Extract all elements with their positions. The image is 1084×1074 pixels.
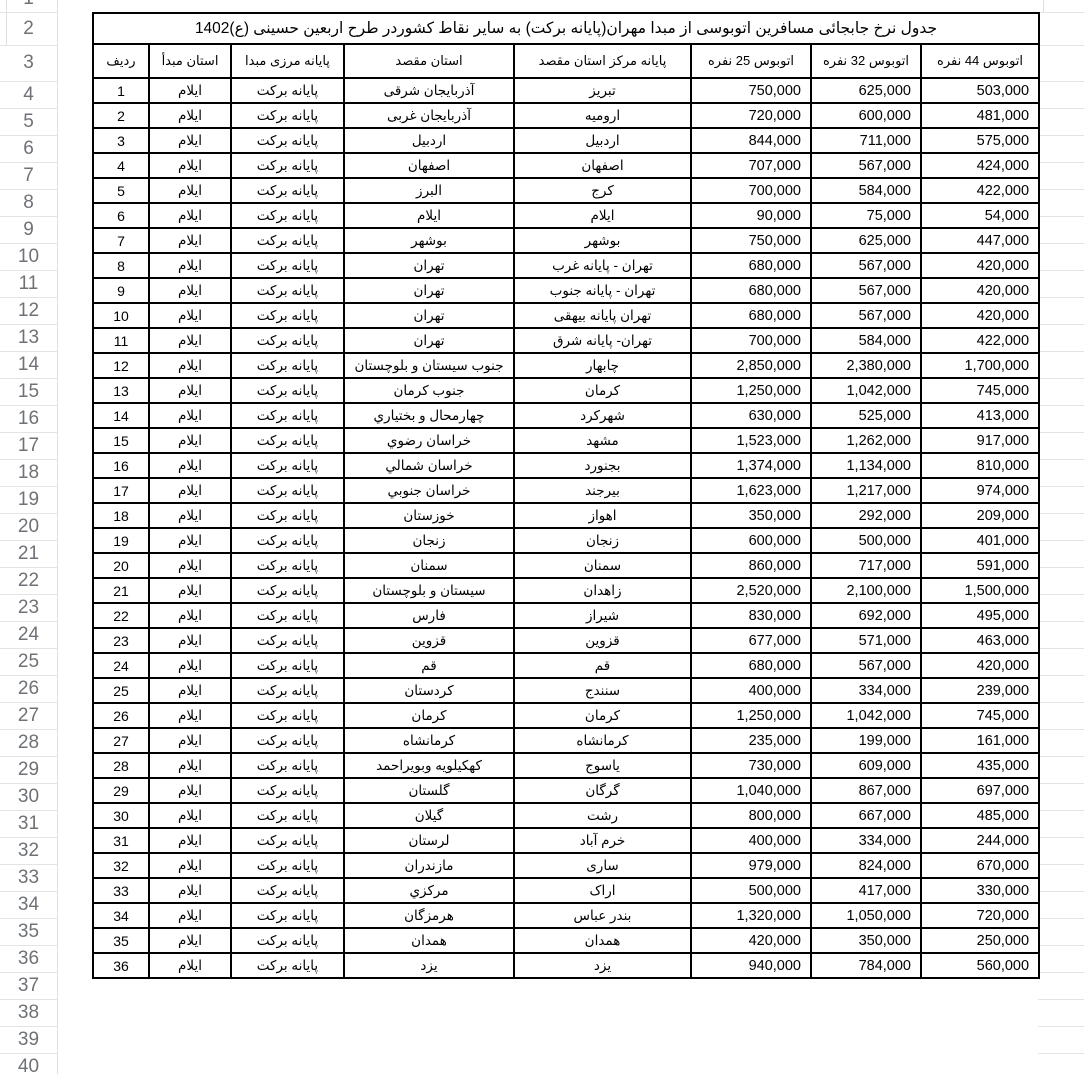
cell-dest-province[interactable]: تهران [344, 253, 514, 278]
col-header-fare-bus32[interactable]: اتوبوس 32 نفره [811, 44, 921, 78]
cell-dest-terminal[interactable]: چابهار [514, 353, 691, 378]
cell-fare-bus32[interactable]: 567,000 [811, 653, 921, 678]
cell-row-no[interactable]: 13 [93, 378, 149, 403]
cell-dest-terminal[interactable]: ساری [514, 853, 691, 878]
cell-origin-terminal[interactable]: پایانه برکت [231, 503, 344, 528]
cell-dest-terminal[interactable]: همدان [514, 928, 691, 953]
cell-fare-bus44[interactable]: 424,000 [921, 153, 1039, 178]
cell-dest-terminal[interactable]: ایلام [514, 203, 691, 228]
cell-dest-province[interactable]: تهران [344, 278, 514, 303]
cell-dest-province[interactable]: جنوب سیستان و بلوچستان [344, 353, 514, 378]
cell-dest-province[interactable]: قزوین [344, 628, 514, 653]
cell-origin-province[interactable]: ایلام [149, 778, 231, 803]
cell-row-no[interactable]: 22 [93, 603, 149, 628]
cell-fare-bus32[interactable]: 824,000 [811, 853, 921, 878]
table-title[interactable]: جدول نرخ جابجائی مسافرین اتوبوسی از مبدا… [93, 13, 1039, 44]
cell-dest-province[interactable]: بوشهر [344, 228, 514, 253]
cell-row-no[interactable]: 8 [93, 253, 149, 278]
cell-row-no[interactable]: 3 [93, 128, 149, 153]
row-number[interactable]: 32 [0, 837, 57, 864]
cell-dest-terminal[interactable]: شیراز [514, 603, 691, 628]
row-number[interactable]: 1 [0, 0, 57, 12]
cell-fare-bus25[interactable]: 1,040,000 [691, 778, 811, 803]
row-number[interactable]: 26 [0, 675, 57, 702]
cell-fare-bus32[interactable]: 334,000 [811, 678, 921, 703]
cell-dest-terminal[interactable]: اردبیل [514, 128, 691, 153]
cell-row-no[interactable]: 17 [93, 478, 149, 503]
cell-fare-bus44[interactable]: 745,000 [921, 703, 1039, 728]
row-number[interactable]: 40 [0, 1053, 57, 1074]
cell-origin-province[interactable]: ایلام [149, 653, 231, 678]
cell-origin-province[interactable]: ایلام [149, 828, 231, 853]
row-number[interactable]: 33 [0, 864, 57, 891]
cell-origin-province[interactable]: ایلام [149, 128, 231, 153]
cell-origin-province[interactable]: ایلام [149, 328, 231, 353]
cell-fare-bus32[interactable]: 567,000 [811, 303, 921, 328]
cell-fare-bus44[interactable]: 422,000 [921, 178, 1039, 203]
cell-origin-province[interactable]: ایلام [149, 528, 231, 553]
cell-dest-terminal[interactable]: رشت [514, 803, 691, 828]
cell-origin-province[interactable]: ایلام [149, 153, 231, 178]
col-header-fare-bus44[interactable]: اتوبوس 44 نفره [921, 44, 1039, 78]
col-header-dest-terminal[interactable]: پایانه مرکز استان مقصد [514, 44, 691, 78]
cell-origin-terminal[interactable]: پایانه برکت [231, 378, 344, 403]
cell-fare-bus25[interactable]: 350,000 [691, 503, 811, 528]
cell-dest-terminal[interactable]: زنجان [514, 528, 691, 553]
cell-fare-bus44[interactable]: 422,000 [921, 328, 1039, 353]
row-number[interactable]: 8 [0, 189, 57, 216]
row-number[interactable]: 21 [0, 540, 57, 567]
col-header-fare-bus25[interactable]: اتوبوس 25 نفره [691, 44, 811, 78]
cell-dest-terminal[interactable]: مشهد [514, 428, 691, 453]
cell-origin-terminal[interactable]: پایانه برکت [231, 753, 344, 778]
cell-row-no[interactable]: 21 [93, 578, 149, 603]
cell-dest-terminal[interactable]: اصفهان [514, 153, 691, 178]
cell-fare-bus25[interactable]: 1,623,000 [691, 478, 811, 503]
row-number[interactable]: 3 [0, 45, 57, 81]
row-number[interactable]: 22 [0, 567, 57, 594]
cell-origin-province[interactable]: ایلام [149, 678, 231, 703]
cell-fare-bus44[interactable]: 810,000 [921, 453, 1039, 478]
cell-origin-terminal[interactable]: پایانه برکت [231, 703, 344, 728]
row-number[interactable]: 35 [0, 918, 57, 945]
col-header-dest-province[interactable]: استان مقصد [344, 44, 514, 78]
row-number[interactable]: 7 [0, 162, 57, 189]
cell-origin-terminal[interactable]: پایانه برکت [231, 853, 344, 878]
cell-origin-province[interactable]: ایلام [149, 803, 231, 828]
cell-row-no[interactable]: 5 [93, 178, 149, 203]
cell-fare-bus44[interactable]: 209,000 [921, 503, 1039, 528]
row-number[interactable]: 34 [0, 891, 57, 918]
cell-fare-bus25[interactable]: 400,000 [691, 828, 811, 853]
cell-origin-province[interactable]: ایلام [149, 378, 231, 403]
cell-row-no[interactable]: 14 [93, 403, 149, 428]
row-number[interactable]: 14 [0, 351, 57, 378]
cell-fare-bus32[interactable]: 567,000 [811, 278, 921, 303]
cell-fare-bus32[interactable]: 625,000 [811, 228, 921, 253]
cell-origin-province[interactable]: ایلام [149, 228, 231, 253]
row-number[interactable]: 13 [0, 324, 57, 351]
row-number[interactable]: 20 [0, 513, 57, 540]
cell-row-no[interactable]: 1 [93, 78, 149, 103]
cell-row-no[interactable]: 6 [93, 203, 149, 228]
cell-fare-bus25[interactable]: 1,250,000 [691, 703, 811, 728]
cell-row-no[interactable]: 12 [93, 353, 149, 378]
cell-origin-province[interactable]: ایلام [149, 203, 231, 228]
cell-row-no[interactable]: 15 [93, 428, 149, 453]
cell-origin-province[interactable]: ایلام [149, 103, 231, 128]
row-number[interactable]: 11 [0, 270, 57, 297]
cell-origin-province[interactable]: ایلام [149, 903, 231, 928]
cell-fare-bus25[interactable]: 420,000 [691, 928, 811, 953]
cell-dest-province[interactable]: گیلان [344, 803, 514, 828]
cell-row-no[interactable]: 25 [93, 678, 149, 703]
cell-origin-terminal[interactable]: پایانه برکت [231, 828, 344, 853]
cell-origin-terminal[interactable]: پایانه برکت [231, 153, 344, 178]
cell-dest-province[interactable]: آذربایجان شرقی [344, 78, 514, 103]
cell-dest-province[interactable]: تهران [344, 328, 514, 353]
cell-dest-terminal[interactable]: بندر عباس [514, 903, 691, 928]
cell-fare-bus32[interactable]: 1,042,000 [811, 703, 921, 728]
cell-dest-terminal[interactable]: تهران پایانه بیهقی [514, 303, 691, 328]
cell-fare-bus44[interactable]: 485,000 [921, 803, 1039, 828]
cell-origin-province[interactable]: ایلام [149, 253, 231, 278]
row-number[interactable]: 15 [0, 378, 57, 405]
cell-fare-bus25[interactable]: 700,000 [691, 178, 811, 203]
row-number[interactable]: 12 [0, 297, 57, 324]
row-number[interactable]: 24 [0, 621, 57, 648]
cell-origin-province[interactable]: ایلام [149, 178, 231, 203]
cell-origin-terminal[interactable]: پایانه برکت [231, 403, 344, 428]
cell-fare-bus32[interactable]: 717,000 [811, 553, 921, 578]
cell-dest-terminal[interactable]: خرم آباد [514, 828, 691, 853]
cell-fare-bus32[interactable]: 584,000 [811, 328, 921, 353]
cell-fare-bus32[interactable]: 667,000 [811, 803, 921, 828]
cell-fare-bus25[interactable]: 630,000 [691, 403, 811, 428]
row-number[interactable]: 31 [0, 810, 57, 837]
cell-dest-province[interactable]: یزد [344, 953, 514, 978]
cell-fare-bus44[interactable]: 495,000 [921, 603, 1039, 628]
cell-dest-province[interactable]: گلستان [344, 778, 514, 803]
cell-fare-bus32[interactable]: 1,262,000 [811, 428, 921, 453]
cell-fare-bus25[interactable]: 700,000 [691, 328, 811, 353]
cell-fare-bus32[interactable]: 867,000 [811, 778, 921, 803]
cell-row-no[interactable]: 34 [93, 903, 149, 928]
cell-origin-province[interactable]: ایلام [149, 453, 231, 478]
cell-dest-province[interactable]: خوزستان [344, 503, 514, 528]
cell-fare-bus44[interactable]: 420,000 [921, 653, 1039, 678]
cell-fare-bus44[interactable]: 239,000 [921, 678, 1039, 703]
cell-dest-terminal[interactable]: شهرکرد [514, 403, 691, 428]
cell-fare-bus44[interactable]: 917,000 [921, 428, 1039, 453]
col-header-row-no[interactable]: ردیف [93, 44, 149, 78]
cell-dest-terminal[interactable]: بوشهر [514, 228, 691, 253]
row-number[interactable]: 5 [0, 108, 57, 135]
cell-fare-bus44[interactable]: 1,700,000 [921, 353, 1039, 378]
cell-origin-province[interactable]: ایلام [149, 953, 231, 978]
cell-dest-province[interactable]: قم [344, 653, 514, 678]
cell-origin-terminal[interactable]: پایانه برکت [231, 653, 344, 678]
row-number[interactable]: 10 [0, 243, 57, 270]
cell-fare-bus25[interactable]: 2,520,000 [691, 578, 811, 603]
cell-fare-bus44[interactable]: 745,000 [921, 378, 1039, 403]
cell-fare-bus44[interactable]: 250,000 [921, 928, 1039, 953]
cell-dest-terminal[interactable]: تهران - پایانه جنوب [514, 278, 691, 303]
cell-dest-province[interactable]: سمنان [344, 553, 514, 578]
cell-origin-terminal[interactable]: پایانه برکت [231, 328, 344, 353]
cell-fare-bus44[interactable]: 447,000 [921, 228, 1039, 253]
cell-origin-terminal[interactable]: پایانه برکت [231, 178, 344, 203]
cell-fare-bus44[interactable]: 420,000 [921, 303, 1039, 328]
cell-dest-province[interactable]: مازندران [344, 853, 514, 878]
cell-fare-bus32[interactable]: 350,000 [811, 928, 921, 953]
cell-dest-terminal[interactable]: کرمان [514, 378, 691, 403]
cell-origin-terminal[interactable]: پایانه برکت [231, 778, 344, 803]
cell-dest-province[interactable]: خراسان شمالي [344, 453, 514, 478]
cell-dest-province[interactable]: خراسان جنوبي [344, 478, 514, 503]
cell-fare-bus25[interactable]: 844,000 [691, 128, 811, 153]
cell-fare-bus44[interactable]: 420,000 [921, 278, 1039, 303]
cell-fare-bus32[interactable]: 417,000 [811, 878, 921, 903]
cell-origin-province[interactable]: ایلام [149, 278, 231, 303]
cell-fare-bus25[interactable]: 680,000 [691, 278, 811, 303]
cell-fare-bus32[interactable]: 2,100,000 [811, 578, 921, 603]
cell-origin-terminal[interactable]: پایانه برکت [231, 603, 344, 628]
cell-fare-bus32[interactable]: 600,000 [811, 103, 921, 128]
cell-fare-bus25[interactable]: 400,000 [691, 678, 811, 703]
cell-row-no[interactable]: 24 [93, 653, 149, 678]
cell-dest-terminal[interactable]: اراک [514, 878, 691, 903]
cell-dest-terminal[interactable]: کرمانشاه [514, 728, 691, 753]
row-number[interactable]: 30 [0, 783, 57, 810]
cell-row-no[interactable]: 4 [93, 153, 149, 178]
cell-row-no[interactable]: 28 [93, 753, 149, 778]
cell-origin-terminal[interactable]: پایانه برکت [231, 303, 344, 328]
cell-fare-bus25[interactable]: 750,000 [691, 78, 811, 103]
cell-fare-bus32[interactable]: 1,217,000 [811, 478, 921, 503]
cell-fare-bus25[interactable]: 800,000 [691, 803, 811, 828]
cell-fare-bus44[interactable]: 161,000 [921, 728, 1039, 753]
cell-fare-bus44[interactable]: 591,000 [921, 553, 1039, 578]
cell-fare-bus25[interactable]: 830,000 [691, 603, 811, 628]
cell-dest-terminal[interactable]: بجنورد [514, 453, 691, 478]
cell-fare-bus32[interactable]: 2,380,000 [811, 353, 921, 378]
row-number[interactable]: 6 [0, 135, 57, 162]
cell-dest-terminal[interactable]: سنندج [514, 678, 691, 703]
cell-dest-province[interactable]: خراسان رضوي [344, 428, 514, 453]
cell-origin-terminal[interactable]: پایانه برکت [231, 528, 344, 553]
cell-fare-bus32[interactable]: 692,000 [811, 603, 921, 628]
cell-row-no[interactable]: 33 [93, 878, 149, 903]
cell-origin-terminal[interactable]: پایانه برکت [231, 78, 344, 103]
cell-origin-province[interactable]: ایلام [149, 428, 231, 453]
cell-row-no[interactable]: 30 [93, 803, 149, 828]
cell-row-no[interactable]: 23 [93, 628, 149, 653]
cell-dest-terminal[interactable]: کرج [514, 178, 691, 203]
cell-dest-province[interactable]: البرز [344, 178, 514, 203]
cell-dest-terminal[interactable]: قم [514, 653, 691, 678]
cell-fare-bus25[interactable]: 940,000 [691, 953, 811, 978]
cell-fare-bus32[interactable]: 75,000 [811, 203, 921, 228]
cell-dest-province[interactable]: هرمزگان [344, 903, 514, 928]
cell-dest-terminal[interactable]: ارومیه [514, 103, 691, 128]
cell-origin-province[interactable]: ایلام [149, 503, 231, 528]
cell-row-no[interactable]: 29 [93, 778, 149, 803]
row-number[interactable]: 9 [0, 216, 57, 243]
cell-fare-bus25[interactable]: 979,000 [691, 853, 811, 878]
cell-origin-terminal[interactable]: پایانه برکت [231, 628, 344, 653]
cell-dest-province[interactable]: همدان [344, 928, 514, 953]
cell-dest-province[interactable]: اصفهان [344, 153, 514, 178]
cell-dest-province[interactable]: فارس [344, 603, 514, 628]
cell-fare-bus44[interactable]: 420,000 [921, 253, 1039, 278]
cell-dest-terminal[interactable]: زاهدان [514, 578, 691, 603]
row-number[interactable]: 16 [0, 405, 57, 432]
cell-origin-province[interactable]: ایلام [149, 303, 231, 328]
cell-origin-terminal[interactable]: پایانه برکت [231, 453, 344, 478]
cell-fare-bus32[interactable]: 584,000 [811, 178, 921, 203]
cell-row-no[interactable]: 26 [93, 703, 149, 728]
cell-dest-province[interactable]: کرمان [344, 703, 514, 728]
cell-fare-bus25[interactable]: 235,000 [691, 728, 811, 753]
cell-fare-bus44[interactable]: 575,000 [921, 128, 1039, 153]
row-number[interactable]: 18 [0, 459, 57, 486]
cell-fare-bus25[interactable]: 2,850,000 [691, 353, 811, 378]
cell-fare-bus32[interactable]: 500,000 [811, 528, 921, 553]
cell-row-no[interactable]: 31 [93, 828, 149, 853]
cell-fare-bus32[interactable]: 292,000 [811, 503, 921, 528]
cell-fare-bus32[interactable]: 609,000 [811, 753, 921, 778]
cell-fare-bus32[interactable]: 1,042,000 [811, 378, 921, 403]
cell-fare-bus32[interactable]: 567,000 [811, 253, 921, 278]
cell-fare-bus32[interactable]: 571,000 [811, 628, 921, 653]
cell-fare-bus25[interactable]: 730,000 [691, 753, 811, 778]
cell-fare-bus25[interactable]: 680,000 [691, 253, 811, 278]
cell-origin-province[interactable]: ایلام [149, 853, 231, 878]
row-number[interactable]: 39 [0, 1026, 57, 1053]
cell-fare-bus44[interactable]: 401,000 [921, 528, 1039, 553]
cell-dest-province[interactable]: جنوب کرمان [344, 378, 514, 403]
cell-origin-terminal[interactable]: پایانه برکت [231, 278, 344, 303]
cell-fare-bus25[interactable]: 677,000 [691, 628, 811, 653]
cell-fare-bus44[interactable]: 503,000 [921, 78, 1039, 103]
cell-fare-bus44[interactable]: 481,000 [921, 103, 1039, 128]
cell-origin-terminal[interactable]: پایانه برکت [231, 878, 344, 903]
cell-fare-bus25[interactable]: 1,250,000 [691, 378, 811, 403]
cell-dest-province[interactable]: تهران [344, 303, 514, 328]
cell-fare-bus44[interactable]: 435,000 [921, 753, 1039, 778]
row-number[interactable]: 27 [0, 702, 57, 729]
cell-fare-bus25[interactable]: 680,000 [691, 653, 811, 678]
cell-fare-bus25[interactable]: 1,320,000 [691, 903, 811, 928]
cell-row-no[interactable]: 35 [93, 928, 149, 953]
cell-fare-bus44[interactable]: 1,500,000 [921, 578, 1039, 603]
cell-fare-bus44[interactable]: 670,000 [921, 853, 1039, 878]
cell-dest-province[interactable]: ایلام [344, 203, 514, 228]
row-number[interactable]: 36 [0, 945, 57, 972]
row-number[interactable]: 38 [0, 999, 57, 1026]
cell-fare-bus32[interactable]: 1,050,000 [811, 903, 921, 928]
cell-origin-terminal[interactable]: پایانه برکت [231, 128, 344, 153]
cell-row-no[interactable]: 9 [93, 278, 149, 303]
cell-origin-terminal[interactable]: پایانه برکت [231, 228, 344, 253]
cell-fare-bus32[interactable]: 334,000 [811, 828, 921, 853]
row-number[interactable]: 2 [0, 12, 57, 45]
cell-dest-province[interactable]: آذربایجان غربی [344, 103, 514, 128]
cell-row-no[interactable]: 20 [93, 553, 149, 578]
cell-dest-province[interactable]: لرستان [344, 828, 514, 853]
cell-origin-terminal[interactable]: پایانه برکت [231, 478, 344, 503]
cell-fare-bus32[interactable]: 525,000 [811, 403, 921, 428]
row-number[interactable]: 23 [0, 594, 57, 621]
cell-origin-terminal[interactable]: پایانه برکت [231, 578, 344, 603]
cell-dest-terminal[interactable]: اهواز [514, 503, 691, 528]
cell-dest-province[interactable]: مرکزي [344, 878, 514, 903]
cell-dest-terminal[interactable]: تبریز [514, 78, 691, 103]
cell-fare-bus25[interactable]: 750,000 [691, 228, 811, 253]
cell-origin-terminal[interactable]: پایانه برکت [231, 103, 344, 128]
row-number[interactable]: 25 [0, 648, 57, 675]
cell-origin-province[interactable]: ایلام [149, 78, 231, 103]
row-number[interactable]: 29 [0, 756, 57, 783]
cell-row-no[interactable]: 18 [93, 503, 149, 528]
cell-row-no[interactable]: 11 [93, 328, 149, 353]
cell-origin-terminal[interactable]: پایانه برکت [231, 728, 344, 753]
cell-origin-province[interactable]: ایلام [149, 578, 231, 603]
cell-origin-province[interactable]: ایلام [149, 703, 231, 728]
cell-fare-bus25[interactable]: 860,000 [691, 553, 811, 578]
cell-fare-bus25[interactable]: 707,000 [691, 153, 811, 178]
cell-origin-terminal[interactable]: پایانه برکت [231, 428, 344, 453]
cell-origin-terminal[interactable]: پایانه برکت [231, 353, 344, 378]
cell-dest-terminal[interactable]: بیرجند [514, 478, 691, 503]
col-header-origin-province[interactable]: استان مبدأ [149, 44, 231, 78]
cell-origin-province[interactable]: ایلام [149, 628, 231, 653]
cell-dest-province[interactable]: کردستان [344, 678, 514, 703]
cell-fare-bus44[interactable]: 974,000 [921, 478, 1039, 503]
cell-fare-bus44[interactable]: 697,000 [921, 778, 1039, 803]
cell-fare-bus32[interactable]: 199,000 [811, 728, 921, 753]
cell-origin-province[interactable]: ایلام [149, 603, 231, 628]
cell-origin-terminal[interactable]: پایانه برکت [231, 203, 344, 228]
cell-origin-terminal[interactable]: پایانه برکت [231, 803, 344, 828]
row-number[interactable]: 28 [0, 729, 57, 756]
cell-origin-province[interactable]: ایلام [149, 403, 231, 428]
cell-fare-bus25[interactable]: 90,000 [691, 203, 811, 228]
cell-fare-bus32[interactable]: 1,134,000 [811, 453, 921, 478]
row-number[interactable]: 17 [0, 432, 57, 459]
cell-row-no[interactable]: 16 [93, 453, 149, 478]
cell-origin-terminal[interactable]: پایانه برکت [231, 253, 344, 278]
cell-dest-terminal[interactable]: تهران- پایانه شرق [514, 328, 691, 353]
cell-row-no[interactable]: 36 [93, 953, 149, 978]
cell-dest-terminal[interactable]: سمنان [514, 553, 691, 578]
row-number[interactable]: 19 [0, 486, 57, 513]
cell-row-no[interactable]: 10 [93, 303, 149, 328]
cell-fare-bus25[interactable]: 500,000 [691, 878, 811, 903]
cell-dest-terminal[interactable]: تهران - پایانه غرب [514, 253, 691, 278]
cell-origin-terminal[interactable]: پایانه برکت [231, 553, 344, 578]
cell-dest-terminal[interactable]: قزوین [514, 628, 691, 653]
cell-row-no[interactable]: 2 [93, 103, 149, 128]
cell-row-no[interactable]: 32 [93, 853, 149, 878]
cell-fare-bus25[interactable]: 680,000 [691, 303, 811, 328]
cell-dest-terminal[interactable]: کرمان [514, 703, 691, 728]
cell-row-no[interactable]: 27 [93, 728, 149, 753]
cell-fare-bus32[interactable]: 625,000 [811, 78, 921, 103]
cell-fare-bus25[interactable]: 1,374,000 [691, 453, 811, 478]
cell-fare-bus44[interactable]: 244,000 [921, 828, 1039, 853]
